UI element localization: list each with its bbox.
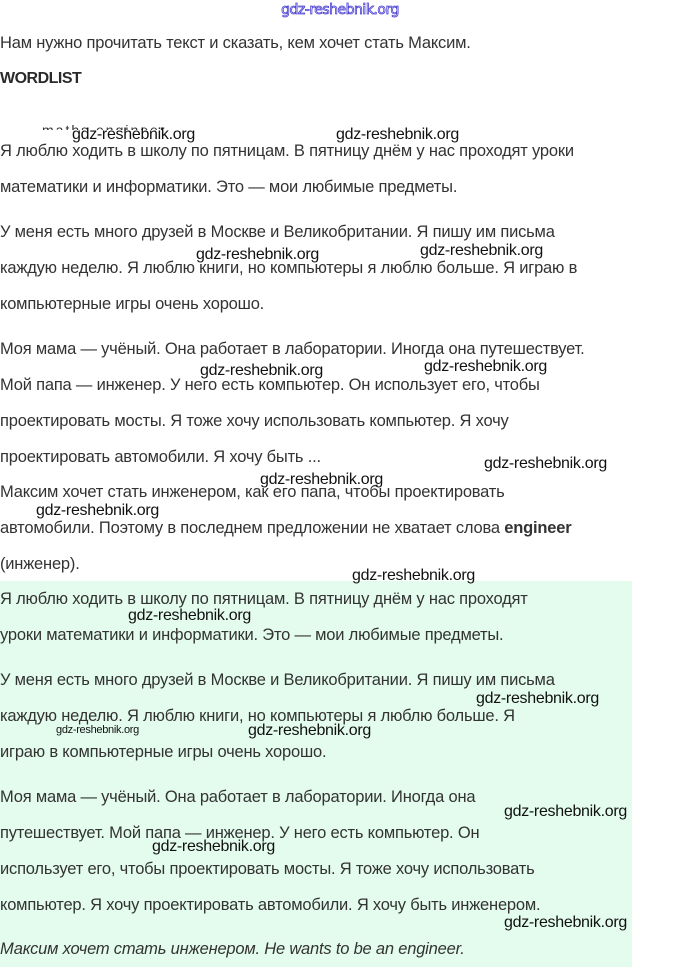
explanation-line: (инженер).	[0, 555, 80, 574]
watermark: gdz-reshebnik.org	[260, 471, 383, 489]
watermark: gdz-reshebnik.org	[504, 803, 627, 821]
watermark: gdz-reshebnik.org	[336, 126, 459, 144]
answer-line: играю в компьютерные игры очень хорошо.	[0, 743, 326, 762]
watermark: gdz-reshebnik.org	[200, 362, 323, 380]
watermark: gdz-reshebnik.org	[56, 724, 139, 736]
answer-line: уроки математики и информатики. Это — мо…	[0, 626, 503, 645]
answer-line: Я люблю ходить в школу по пятницам. В пя…	[0, 590, 528, 609]
watermark: gdz-reshebnik.org	[196, 246, 319, 264]
explanation-line: автомобили. Поэтому в последнем предложе…	[0, 519, 571, 538]
answer-line: использует его, чтобы проектировать мост…	[0, 860, 534, 879]
watermark: gdz-reshebnik.org	[484, 455, 607, 473]
text-line: проектировать мосты. Я тоже хочу использ…	[0, 412, 509, 431]
answer-line: У меня есть много друзей в Москве и Вели…	[0, 671, 555, 690]
watermark: gdz-reshebnik.org	[352, 567, 475, 585]
watermark: gdz-reshebnik.org	[36, 502, 159, 520]
watermark: gdz-reshebnik.org	[424, 358, 547, 376]
missing-word: engineer	[504, 519, 571, 537]
watermark: gdz-reshebnik.org	[128, 607, 251, 625]
text-line: У меня есть много друзей в Москве и Вели…	[0, 223, 555, 242]
text-line: проектировать автомобили. Я хочу быть ..…	[0, 448, 321, 467]
answer-line: Моя мама — учёный. Она работает в лабора…	[0, 788, 475, 807]
watermark: gdz-reshebnik.org	[152, 838, 275, 856]
watermark: gdz-reshebnik.org	[476, 690, 599, 708]
explanation-line: Максим хочет стать инженером, как его па…	[0, 483, 505, 502]
watermark: gdz-reshebnik.org	[420, 242, 543, 260]
answer-final: Максим хочет стать инженером. He wants t…	[0, 940, 465, 959]
watermark-top: gdz-reshebnik.org	[0, 2, 680, 18]
explanation-text: автомобили. Поэтому в последнем предложе…	[0, 519, 504, 537]
intro-text: Нам нужно прочитать текст и сказать, кем…	[0, 34, 471, 53]
text-line: Я люблю ходить в школу по пятницам. В пя…	[0, 142, 574, 161]
watermark: gdz-reshebnik.org	[248, 722, 371, 740]
text-line: компьютерные игры очень хорошо.	[0, 295, 264, 314]
watermark: gdz-reshebnik.org	[504, 914, 627, 932]
text-line: математики и информатики. Это — мои люби…	[0, 178, 457, 197]
watermark: gdz-reshebnik.org	[72, 126, 195, 144]
answer-line: компьютер. Я хочу проектировать автомоби…	[0, 896, 540, 915]
text-line: Моя мама — учёный. Она работает в лабора…	[0, 340, 584, 359]
wordlist-heading: WORDLIST	[0, 70, 81, 88]
